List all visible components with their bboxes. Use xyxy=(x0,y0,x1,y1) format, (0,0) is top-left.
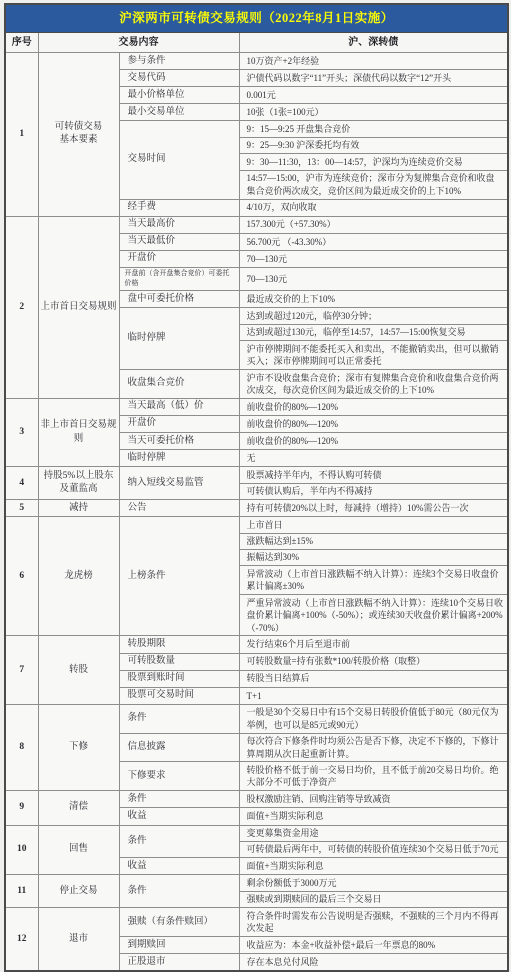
table-row: 10回售条件变更募集资金用途 xyxy=(5,825,508,841)
item-label-cell: 下修要求 xyxy=(119,762,239,791)
value-cell: 剩余份额低于3000万元 xyxy=(239,875,508,891)
value-cell: 严重异常波动（上市首日涨跌幅不纳入计算）：连续10个交易日收盘价累计偏离+100… xyxy=(239,595,508,636)
item-label-cell: 开盘价 xyxy=(119,250,239,267)
row-number-cell: 5 xyxy=(5,500,38,517)
table-row: 5减持公告持有可转债20%以上时，每减持（增持）10%需公告一次 xyxy=(5,500,508,517)
table-body: 1可转债交易 基本要素参与条件10万资产+2年经验交易代码沪债代码以数字“11”… xyxy=(5,53,508,972)
table-row: 8下修条件一般是30个交易日中有15个交易日转股价值低于80元（80元仅为举例，… xyxy=(5,704,508,733)
value-cell: 9：25—9:30 沪深委托均有效 xyxy=(239,137,508,153)
item-label-cell: 参与条件 xyxy=(119,53,239,70)
item-label-cell: 当天最低价 xyxy=(119,233,239,250)
value-cell: 振幅达到30% xyxy=(239,549,508,565)
value-cell: 157.300元（+57.30%） xyxy=(239,216,508,233)
value-cell: 70—130元 xyxy=(239,267,508,290)
item-label-cell: 临时停牌 xyxy=(119,450,239,467)
category-cell: 龙虎榜 xyxy=(38,517,119,636)
row-number-cell: 2 xyxy=(5,216,38,398)
value-cell: 每次符合下修条件时均须公告是否下修，决定不下修的，下修计算周期从次日起重新计算。 xyxy=(239,733,508,762)
category-cell: 转股 xyxy=(38,636,119,704)
table-row: 6龙虎榜上榜条件上市首日 xyxy=(5,517,508,533)
table-row: 12退市强赎（有条件赎回）符合条件时需发布公告说明是否强赎，不强赎的三个月内不得… xyxy=(5,908,508,937)
value-cell: 4/10万，双向收取 xyxy=(239,199,508,216)
value-cell: 转股当日结算后 xyxy=(239,670,508,687)
item-label-cell: 开盘价 xyxy=(119,415,239,432)
item-label-cell: 可转股数量 xyxy=(119,653,239,670)
item-label-cell: 纳入短线交易监管 xyxy=(119,467,239,500)
value-cell: 沪市不设收盘集合竞价；深市有复牌集合竞价和收盘集合竞价两次成交，每次竞价区间为最… xyxy=(239,370,508,399)
table-title: 沪深两市可转债交易规则（2022年8月1日实施） xyxy=(5,4,508,33)
value-cell: 10万资产+2年经验 xyxy=(239,53,508,70)
value-cell: 最近成交价的上下10% xyxy=(239,291,508,308)
item-label-cell: 开盘前（含开盘集合竞价）可委托价格 xyxy=(119,267,239,290)
item-label-cell: 当天可委托价格 xyxy=(119,433,239,450)
item-label-cell: 条件 xyxy=(119,875,239,908)
value-cell: 达到或超过130元，临停至14:57，14:57—15:00恢复交易 xyxy=(239,324,508,340)
category-cell: 清偿 xyxy=(38,791,119,825)
item-label-cell: 临时停牌 xyxy=(119,308,239,370)
item-label-cell: 最小价格单位 xyxy=(119,87,239,104)
value-cell: 一般是30个交易日中有15个交易日转股价值低于80元（80元仅为举例，也可以是8… xyxy=(239,704,508,733)
title-row: 沪深两市可转债交易规则（2022年8月1日实施） xyxy=(5,4,508,33)
item-label-cell: 转股期限 xyxy=(119,636,239,653)
item-label-cell: 收盘集合竞价 xyxy=(119,370,239,399)
value-cell: 沪债代码以数字“11”开头；深债代码以数字“12”开头 xyxy=(239,70,508,87)
value-cell: 0.001元 xyxy=(239,87,508,104)
row-number-cell: 1 xyxy=(5,53,38,217)
row-number-cell: 12 xyxy=(5,908,38,972)
item-label-cell: 当天最高价 xyxy=(119,216,239,233)
row-number-cell: 7 xyxy=(5,636,38,704)
value-cell: 70—130元 xyxy=(239,250,508,267)
value-cell: 9：30—11:30，13：00—14:57，沪深均为连续竞价交易 xyxy=(239,154,508,170)
item-label-cell: 信息披露 xyxy=(119,733,239,762)
table-row: 7转股转股期限发行结束6个月后至退市前 xyxy=(5,636,508,653)
row-number-cell: 6 xyxy=(5,517,38,636)
table-row: 11停止交易条件剩余份额低于3000万元 xyxy=(5,875,508,891)
item-label-cell: 最小交易单位 xyxy=(119,104,239,121)
item-label-cell: 强赎（有条件赎回） xyxy=(119,908,239,937)
value-cell: 存在本息兑付风险 xyxy=(239,954,508,972)
item-label-cell: 股票可交易时间 xyxy=(119,687,239,704)
table-row: 2上市首日交易规则当天最高价157.300元（+57.30%） xyxy=(5,216,508,233)
value-cell: 沪市停牌期间不能委托买入和卖出，不能撤销卖出，但可以撤销买入；深市停牌期间可以正… xyxy=(239,341,508,370)
table-row: 4持股5%以上股东 及董监高纳入短线交易监管股票减持半年内，不得认购可转债 xyxy=(5,467,508,483)
value-cell: 股票减持半年内，不得认购可转债 xyxy=(239,467,508,483)
column-header-no: 序号 xyxy=(5,33,38,53)
item-label-cell: 条件 xyxy=(119,704,239,733)
category-cell: 上市首日交易规则 xyxy=(38,216,119,398)
value-cell: 56.700元 （-43.30%） xyxy=(239,233,508,250)
item-label-cell: 当天最高（低）价 xyxy=(119,398,239,415)
value-cell: 上市首日 xyxy=(239,517,508,533)
row-number-cell: 11 xyxy=(5,875,38,908)
category-cell: 可转债交易 基本要素 xyxy=(38,53,119,217)
column-header-value: 沪、深转债 xyxy=(239,33,508,53)
row-number-cell: 4 xyxy=(5,467,38,500)
table-row: 3非上市首日交易规则当天最高（低）价前收盘价的80%—120% xyxy=(5,398,508,415)
item-label-cell: 到期赎回 xyxy=(119,937,239,954)
category-cell: 下修 xyxy=(38,704,119,790)
item-label-cell: 条件 xyxy=(119,791,239,808)
item-label-cell: 上榜条件 xyxy=(119,517,239,636)
value-cell: 14:57—15:00，沪市为连续竞价；深市分为复牌集合竞价和收盘集合竞价两次成… xyxy=(239,170,508,199)
item-label-cell: 公告 xyxy=(119,500,239,517)
value-cell: 面值+当期实际利息 xyxy=(239,858,508,875)
item-label-cell: 收益 xyxy=(119,808,239,825)
row-number-cell: 10 xyxy=(5,825,38,875)
value-cell: 发行结束6个月后至退市前 xyxy=(239,636,508,653)
value-cell: 涨跌幅达到±15% xyxy=(239,533,508,549)
item-label-cell: 盘中可委托价格 xyxy=(119,291,239,308)
item-label-cell: 条件 xyxy=(119,825,239,858)
value-cell: 变更募集资金用途 xyxy=(239,825,508,841)
category-cell: 非上市首日交易规则 xyxy=(38,398,119,466)
item-label-cell: 经手费 xyxy=(119,199,239,216)
value-cell: T+1 xyxy=(239,687,508,704)
category-cell: 退市 xyxy=(38,908,119,972)
row-number-cell: 3 xyxy=(5,398,38,466)
item-label-cell: 正股退市 xyxy=(119,954,239,972)
column-header-content: 交易内容 xyxy=(38,33,239,53)
category-cell: 持股5%以上股东 及董监高 xyxy=(38,467,119,500)
value-cell: 面值+当期实际利息 xyxy=(239,808,508,825)
table-row: 1可转债交易 基本要素参与条件10万资产+2年经验 xyxy=(5,53,508,70)
row-number-cell: 9 xyxy=(5,791,38,825)
value-cell: 可转债最后两年中，可转债的转股价值连续30个交易日低于70元 xyxy=(239,841,508,857)
value-cell: 9：15—9:25 开盘集合竞价 xyxy=(239,121,508,137)
value-cell: 异常波动（上市首日涨跌幅不纳入计算）：连续3个交易日收盘价累计偏离±30% xyxy=(239,566,508,595)
value-cell: 符合条件时需发布公告说明是否强赎，不强赎的三个月内不得再次发起 xyxy=(239,908,508,937)
column-header-row: 序号 交易内容 沪、深转债 xyxy=(5,33,508,53)
value-cell: 可转股数量=持有张数*100/转股价格（取整） xyxy=(239,653,508,670)
table-row: 9清偿条件股权激励注销、回购注销等导致减资 xyxy=(5,791,508,808)
category-cell: 回售 xyxy=(38,825,119,875)
convertible-bond-rules-table: 沪深两市可转债交易规则（2022年8月1日实施） 序号 交易内容 沪、深转债 1… xyxy=(4,3,509,972)
value-cell: 可转债认购后，半年内不得减持 xyxy=(239,483,508,499)
value-cell: 强赎或到期赎回的最后三个交易日 xyxy=(239,891,508,907)
value-cell: 无 xyxy=(239,450,508,467)
item-label-cell: 交易代码 xyxy=(119,70,239,87)
category-cell: 停止交易 xyxy=(38,875,119,908)
item-label-cell: 交易时间 xyxy=(119,121,239,199)
category-cell: 减持 xyxy=(38,500,119,517)
item-label-cell: 收益 xyxy=(119,858,239,875)
value-cell: 收益应为：本金+收益补偿+最后一年票息的80% xyxy=(239,937,508,954)
value-cell: 前收盘价的80%—120% xyxy=(239,415,508,432)
value-cell: 股权激励注销、回购注销等导致减资 xyxy=(239,791,508,808)
value-cell: 持有可转债20%以上时，每减持（增持）10%需公告一次 xyxy=(239,500,508,517)
value-cell: 10张（1张=100元） xyxy=(239,104,508,121)
value-cell: 转股价格不低于前一交易日均价，且不低于前20交易日均价。绝大部分不可低于净资产 xyxy=(239,762,508,791)
value-cell: 前收盘价的80%—120% xyxy=(239,398,508,415)
value-cell: 前收盘价的80%—120% xyxy=(239,433,508,450)
value-cell: 达到或超过120元，临停30分钟； xyxy=(239,308,508,324)
item-label-cell: 股票到账时间 xyxy=(119,670,239,687)
page: 沪深两市可转债交易规则（2022年8月1日实施） 序号 交易内容 沪、深转债 1… xyxy=(0,0,511,860)
row-number-cell: 8 xyxy=(5,704,38,790)
